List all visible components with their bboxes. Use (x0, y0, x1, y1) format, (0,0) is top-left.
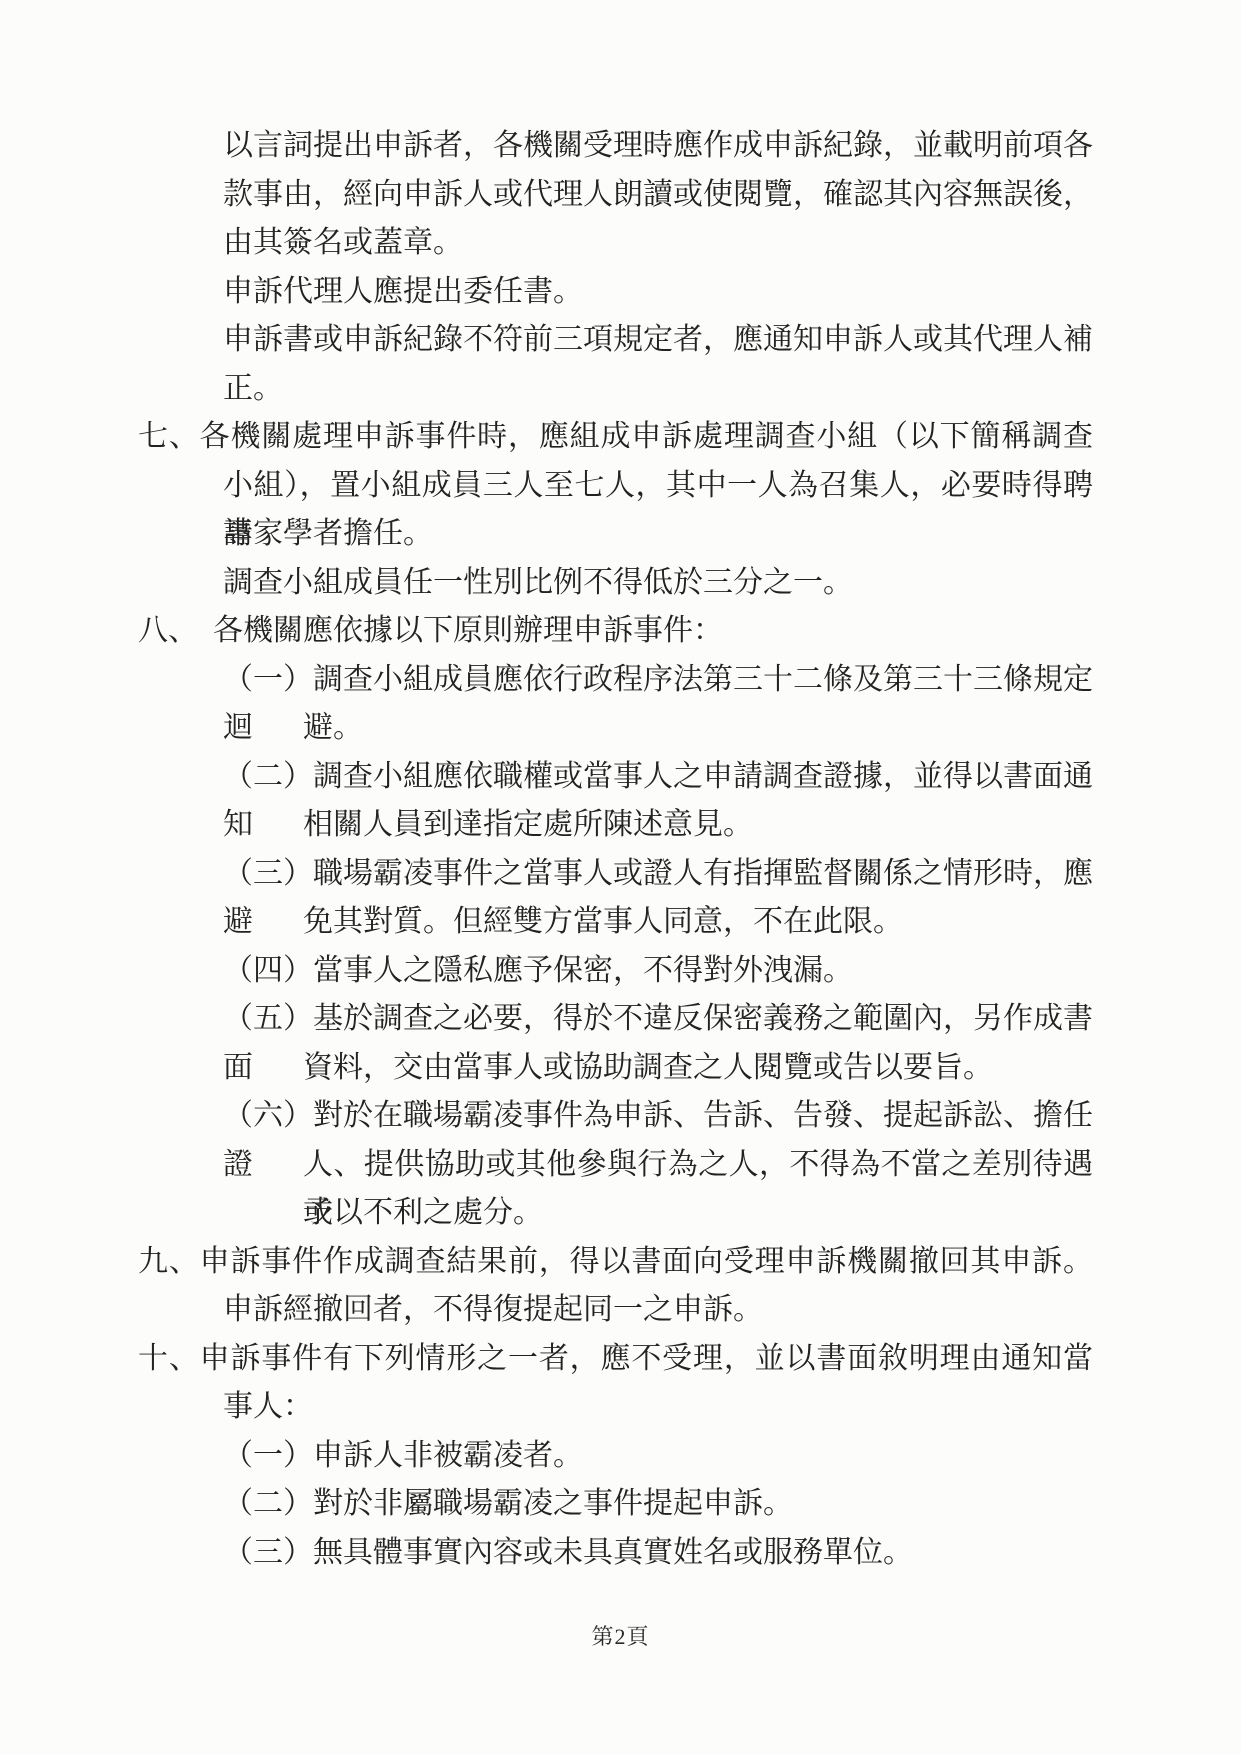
text-line: 申訴代理人應提出委任書。 (223, 268, 1093, 317)
page-number: 第2頁 (0, 1622, 1241, 1652)
text-line: 人、提供協助或其他參與行為之人，不得為不當之差別待遇或 (303, 1141, 1093, 1190)
text-line: （三）無具體事實內容或未具真實姓名或服務單位。 (223, 1529, 1093, 1578)
text-line: （二）對於非屬職場霸凌之事件提起申訴。 (223, 1480, 1093, 1529)
text-line: （一）調查小組成員應依行政程序法第三十二條及第三十三條規定迴 (223, 656, 1093, 705)
text-line: 由其簽名或蓋章。 (223, 219, 1093, 268)
text-line: 調查小組成員任一性別比例不得低於三分之一。 (223, 559, 1093, 608)
text-line: 事人： (223, 1383, 1093, 1432)
text-line: 正。 (223, 365, 1093, 414)
document-page: 以言詞提出申訴者，各機關受理時應作成申訴紀錄，並載明前項各款事由，經向申訴人或代… (0, 0, 1241, 1755)
text-line: 資料，交由當事人或協助調查之人閱覽或告以要旨。 (303, 1044, 1093, 1093)
text-line: 七、各機關處理申訴事件時，應組成申訴處理調查小組（以下簡稱調查 (138, 413, 1093, 462)
text-line: （三）職場霸凌事件之當事人或證人有指揮監督關係之情形時，應避 (223, 850, 1093, 899)
text-line: （四）當事人之隱私應予保密，不得對外洩漏。 (223, 947, 1093, 996)
text-line: 相關人員到達指定處所陳述意見。 (303, 801, 1093, 850)
text-line: 九、申訴事件作成調查結果前，得以書面向受理申訴機關撤回其申訴。 (138, 1238, 1093, 1287)
text-line: 專家學者擔任。 (223, 510, 1093, 559)
text-line: 予以不利之處分。 (303, 1189, 1093, 1238)
text-line: 十、申訴事件有下列情形之一者，應不受理，並以書面敘明理由通知當 (138, 1335, 1093, 1384)
text-line: 以言詞提出申訴者，各機關受理時應作成申訴紀錄，並載明前項各 (223, 122, 1093, 171)
text-line: 申訴經撤回者，不得復提起同一之申訴。 (223, 1286, 1093, 1335)
text-line: 款事由，經向申訴人或代理人朗讀或使閱覽，確認其內容無誤後， (223, 171, 1093, 220)
text-line: 申訴書或申訴紀錄不符前三項規定者，應通知申訴人或其代理人補 (223, 316, 1093, 365)
text-line: 避。 (303, 704, 1093, 753)
text-line: （二）調查小組應依職權或當事人之申請調查證據，並得以書面通知 (223, 753, 1093, 802)
text-line: （五）基於調查之必要，得於不違反保密義務之範圍內，另作成書面 (223, 995, 1093, 1044)
text-line: （六）對於在職場霸凌事件為申訴、告訴、告發、提起訴訟、擔任證 (223, 1092, 1093, 1141)
text-line: 小組），置小組成員三人至七人，其中一人為召集人，必要時得聘請 (223, 462, 1093, 511)
document-body: 以言詞提出申訴者，各機關受理時應作成申訴紀錄，並載明前項各款事由，經向申訴人或代… (0, 122, 1241, 1577)
text-line: 免其對質。但經雙方當事人同意，不在此限。 (303, 898, 1093, 947)
text-line: （一）申訴人非被霸凌者。 (223, 1432, 1093, 1481)
text-line: 八、 各機關應依據以下原則辦理申訴事件： (138, 607, 1093, 656)
